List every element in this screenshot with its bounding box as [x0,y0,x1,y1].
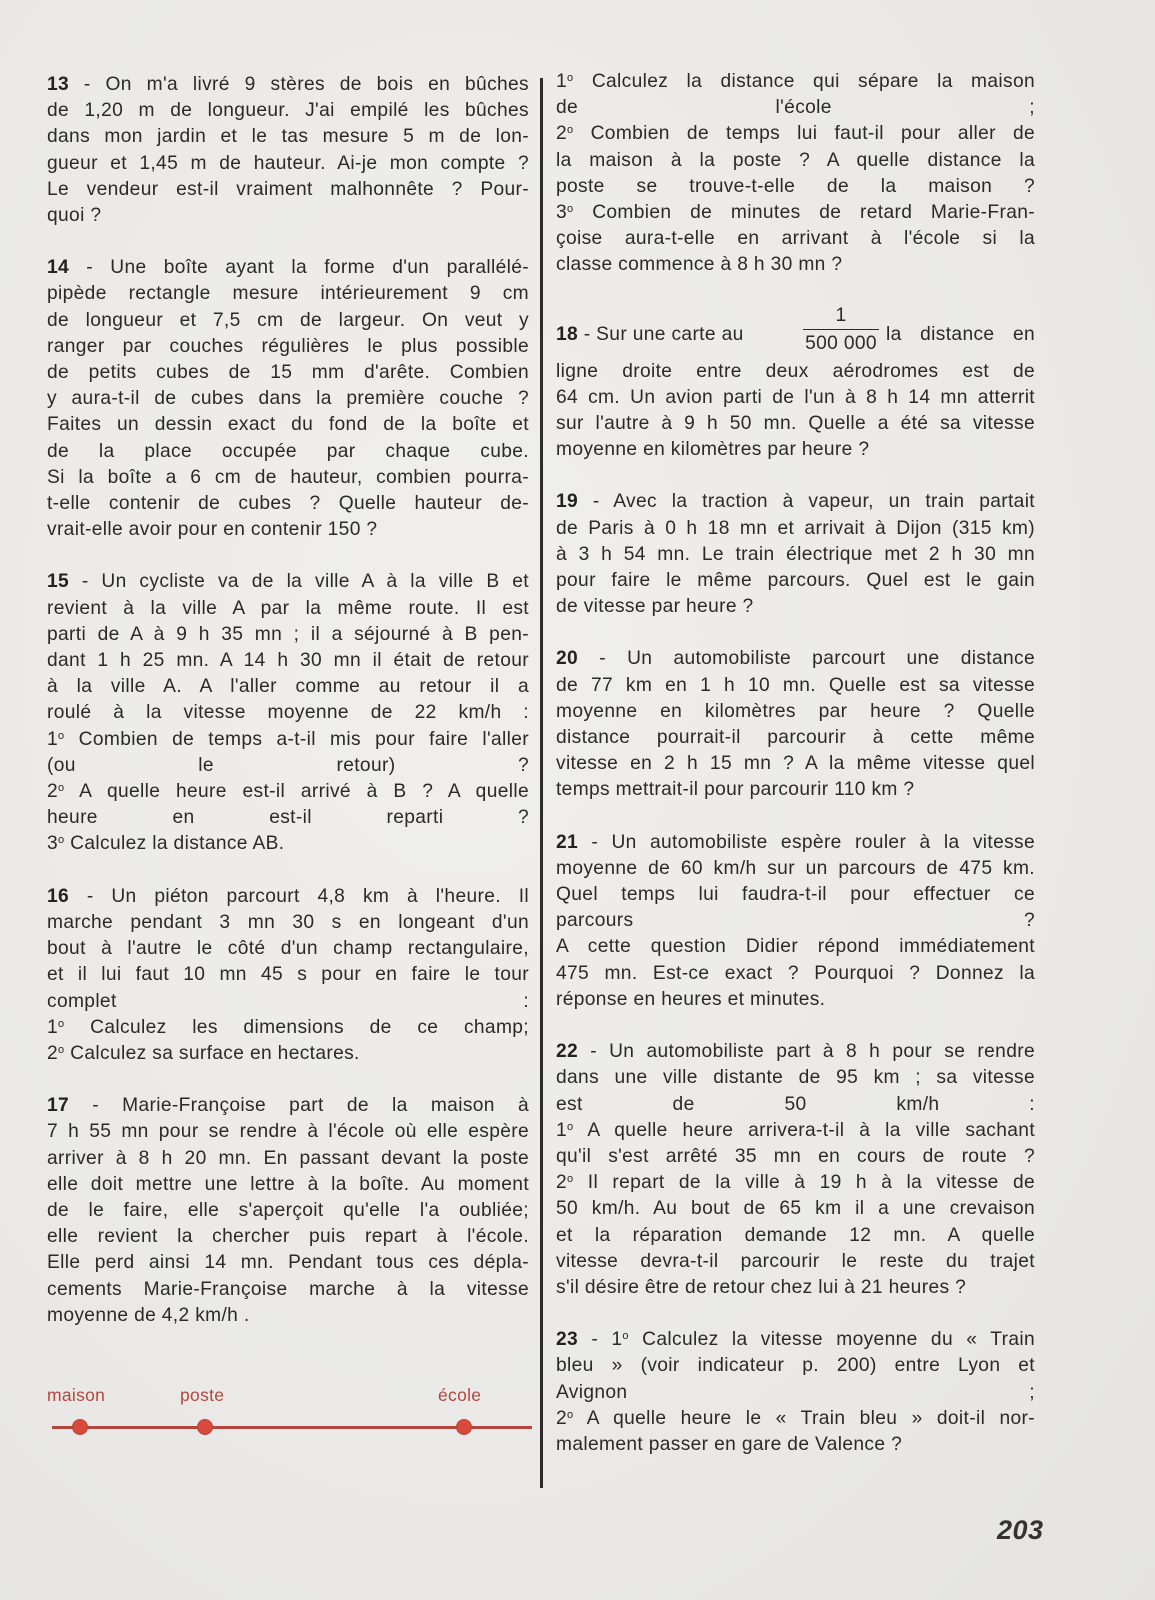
text-line: la maison à la poste ? A quelle distance… [556,148,1035,174]
text-line: poste se trouve-t-elle de la maison ? [556,174,1035,200]
page-number: 203 [997,1515,1044,1546]
text-line: de longueur et 7,5 cm de largeur. On veu… [47,308,529,334]
text-line: t-elle contenir de cubes ? Quelle hauteu… [47,491,529,517]
text-line: 20 - Un automobiliste parcourt une dista… [556,646,1035,672]
problem-number: 13 [47,74,69,95]
text-line: malement passer en gare de Valence ? [556,1432,1035,1458]
text-line: 1o Calculez les dimensions de ce champ; [47,1015,529,1041]
problem-number: 14 [47,257,69,278]
text-line: 2o Calculez sa surface en hectares. [47,1041,529,1067]
text-line: 1o Combien de temps a-t-il mis pour fair… [47,727,529,753]
right-column: 1o Calculez la distance qui sépare la ma… [556,69,1035,1484]
text-line: pour faire le même parcours. Quel est le… [556,568,1035,594]
text-line: 2o Il repart de la ville à 19 h à la vit… [556,1170,1035,1196]
text-line: de l'école ; [556,95,1035,121]
text-line: Si la boîte a 6 cm de hauteur, combien p… [47,465,529,491]
maison-marker-icon [72,1419,88,1435]
text-line: Le vendeur est-il vraiment malhonnête ? … [47,177,529,203]
label-ecole: école [438,1385,481,1406]
text-line: dant 1 h 25 mn. A 14 h 30 mn il était de… [47,648,529,674]
problem-18: 18 - Sur une carte au 1 500 000 la dista… [556,305,1035,464]
text-line: 7 h 55 mn pour se rendre à l'école où el… [47,1119,529,1145]
text-line: Faites un dessin exact du fond de la boî… [47,412,529,438]
text-line: vitesse en 2 h 15 mn ? A la même vitesse… [556,751,1035,777]
text-line: 2o A quelle heure le « Train bleu » doit… [556,1406,1035,1432]
text-line: 2o A quelle heure est-il arrivé à B ? A … [47,779,529,805]
text-line: et la réparation demande 12 mn. A quelle [556,1223,1035,1249]
text-line: moyenne en kilomètres par heure ? Quelle [556,699,1035,725]
problem-17: 17 - Marie-Françoise part de la maison à… [47,1093,529,1329]
text-line: 15 - Un cycliste va de la ville A à la v… [47,569,529,595]
text-line: gueur et 1,45 m de hauteur. Ai-je mon co… [47,151,529,177]
problem-18-fraction-line: 18 - Sur une carte au 1 500 000 la dista… [556,305,1035,357]
text-line: y aura-t-il de cubes dans la première co… [47,386,529,412]
text-line: vitesse devra-t-il parcourir le reste du… [556,1249,1035,1275]
text-line: qu'il s'est arrêté 35 mn en cours de rou… [556,1144,1035,1170]
label-poste: poste [180,1385,224,1406]
text-line: 16 - Un piéton parcourt 4,8 km à l'heure… [47,884,529,910]
problem-16: 16 - Un piéton parcourt 4,8 km à l'heure… [47,884,529,1067]
text-line: de la place occupée par chaque cube. [47,439,529,465]
problem-15: 15 - Un cycliste va de la ville A à la v… [47,569,529,857]
text-line: bout à l'autre le côté d'un champ rectan… [47,936,529,962]
text-line: de Paris à 0 h 18 mn et arrivait à Dijon… [556,516,1035,542]
text-line: moyenne de 4,2 km/h . [47,1303,529,1329]
text-line: çoise aura-t-elle en arrivant à l'école … [556,226,1035,252]
text-line: 13 - On m'a livré 9 stères de bois en bû… [47,72,529,98]
text-line: 3o Combien de minutes de retard Marie-Fr… [556,200,1035,226]
problem-19: 19 - Avec la traction à vapeur, un train… [556,489,1035,620]
text-line: s'il désire être de retour chez lui à 21… [556,1275,1035,1301]
text-line: 2o Combien de temps lui faut-il pour all… [556,121,1035,147]
ecole-marker-icon [456,1419,472,1435]
scale-fraction: 1 500 000 [803,305,879,356]
label-maison: maison [47,1385,105,1406]
text-line: complet : [47,989,529,1015]
problem-number: 19 [556,491,578,512]
problem-number: 23 [556,1329,578,1350]
text-line: 1o A quelle heure arrivera-t-il à la vil… [556,1118,1035,1144]
text-line: à la ville A. A l'aller comme au retour … [47,674,529,700]
text-line: 64 cm. Un avion parti de l'un à 8 h 14 m… [556,385,1035,411]
text-line: dans mon jardin et le tas mesure 5 m de … [47,124,529,150]
text-line: (ou le retour) ? [47,753,529,779]
problem-13: 13 - On m'a livré 9 stères de bois en bû… [47,72,529,229]
text-line: 21 - Un automobiliste espère rouler à la… [556,830,1035,856]
text-line: de le faire, elle s'aperçoit qu'elle l'a… [47,1198,529,1224]
text-line: 1o Calculez la distance qui sépare la ma… [556,69,1035,95]
text-line: 3o Calculez la distance AB. [47,831,529,857]
text-line: parcours ? [556,908,1035,934]
text-line: 50 km/h. Au bout de 65 km il a une creva… [556,1196,1035,1222]
text-line: 23 - 1o Calculez la vitesse moyenne du «… [556,1327,1035,1353]
text-line: moyenne en kilomètres par heure ? [556,437,1035,463]
text-line: quoi ? [47,203,529,229]
route-diagram: maison poste école [45,1385,535,1435]
text-line: 14 - Une boîte ayant la forme d'un paral… [47,255,529,281]
text-line: moyenne de 60 km/h sur un parcours de 47… [556,856,1035,882]
text-line: 19 - Avec la traction à vapeur, un train… [556,489,1035,515]
text-line: classe commence à 8 h 30 mn ? [556,252,1035,278]
text-line: elle revient la chercher puis repart à l… [47,1224,529,1250]
problem-14: 14 - Une boîte ayant la forme d'un paral… [47,255,529,543]
text-line: Elle perd ainsi 14 mn. Pendant tous ces … [47,1250,529,1276]
textbook-page: 13 - On m'a livré 9 stères de bois en bû… [0,0,1155,1600]
text-line: 22 - Un automobiliste part à 8 h pour se… [556,1039,1035,1065]
text-line: temps mettrait-il pour parcourir 110 km … [556,777,1035,803]
text-line: roulé à la vitesse moyenne de 22 km/h : [47,700,529,726]
text-line: 475 mn. Est-ce exact ? Pourquoi ? Donnez… [556,961,1035,987]
left-column: 13 - On m'a livré 9 stères de bois en bû… [47,72,529,1355]
text-line: pipède rectangle mesure intérieurement 9… [47,281,529,307]
text-line: de petits cubes de 15 mm d'arête. Combie… [47,360,529,386]
text-line: de 1,20 m de longueur. J'ai empilé les b… [47,98,529,124]
text-line: de vitesse par heure ? [556,594,1035,620]
problem-number: 21 [556,832,578,853]
text-line: cements Marie-Françoise marche à la vite… [47,1277,529,1303]
text-line: et il lui faut 10 mn 45 s pour en faire … [47,962,529,988]
text-line: sur l'autre à 9 h 50 mn. Quelle a été sa… [556,411,1035,437]
text-line: Quel temps lui faudra-t-il pour effectue… [556,882,1035,908]
fraction-bar [803,329,879,331]
problem-number: 16 [47,886,69,907]
text-line: de 77 km en 1 h 10 mn. Quelle est sa vit… [556,673,1035,699]
problem-20: 20 - Un automobiliste parcourt une dista… [556,646,1035,803]
problem-22: 22 - Un automobiliste part à 8 h pour se… [556,1039,1035,1301]
text-line: heure en est-il reparti ? [47,805,529,831]
problem-number: 17 [47,1095,69,1116]
text-line: ligne droite entre deux aérodromes est d… [556,359,1035,385]
fraction-denominator: 500 000 [803,333,879,355]
text-line: parti de A à 9 h 35 mn ; il a séjourné à… [47,622,529,648]
problem-number: 18 [556,324,578,345]
text-line: ranger par couches régulières le plus po… [47,334,529,360]
text-line: revient à la ville A par la même route. … [47,596,529,622]
problem-21: 21 - Un automobiliste espère rouler à la… [556,830,1035,1013]
problem-number: 20 [556,648,578,669]
text-line: Avignon ; [556,1380,1035,1406]
text-line: distance pourrait-il parcourir à cette m… [556,725,1035,751]
problem-number: 15 [47,571,69,592]
problem-23: 23 - 1o Calculez la vitesse moyenne du «… [556,1327,1035,1458]
text-line: réponse en heures et minutes. [556,987,1035,1013]
fraction-numerator: 1 [803,305,879,327]
text-line: arriver à 8 h 20 mn. En passant devant l… [47,1146,529,1172]
problem-17-questions: 1o Calculez la distance qui sépare la ma… [556,69,1035,279]
text-line: est de 50 km/h : [556,1092,1035,1118]
text-line: 17 - Marie-Françoise part de la maison à [47,1093,529,1119]
text-line: marche pendant 3 mn 30 s en longeant d'u… [47,910,529,936]
text-line: à 3 h 54 mn. Le train électrique met 2 h… [556,542,1035,568]
problem-number: 22 [556,1041,578,1062]
text-line: dans une ville distante de 95 km ; sa vi… [556,1065,1035,1091]
text-line: elle doit mettre une lettre à la boîte. … [47,1172,529,1198]
text-line: A cette question Didier répond immédiate… [556,934,1035,960]
text-line: vrait-elle avoir pour en contenir 150 ? [47,517,529,543]
poste-marker-icon [197,1419,213,1435]
text-line: bleu » (voir indicateur p. 200) entre Ly… [556,1353,1035,1379]
column-divider [540,78,543,1488]
